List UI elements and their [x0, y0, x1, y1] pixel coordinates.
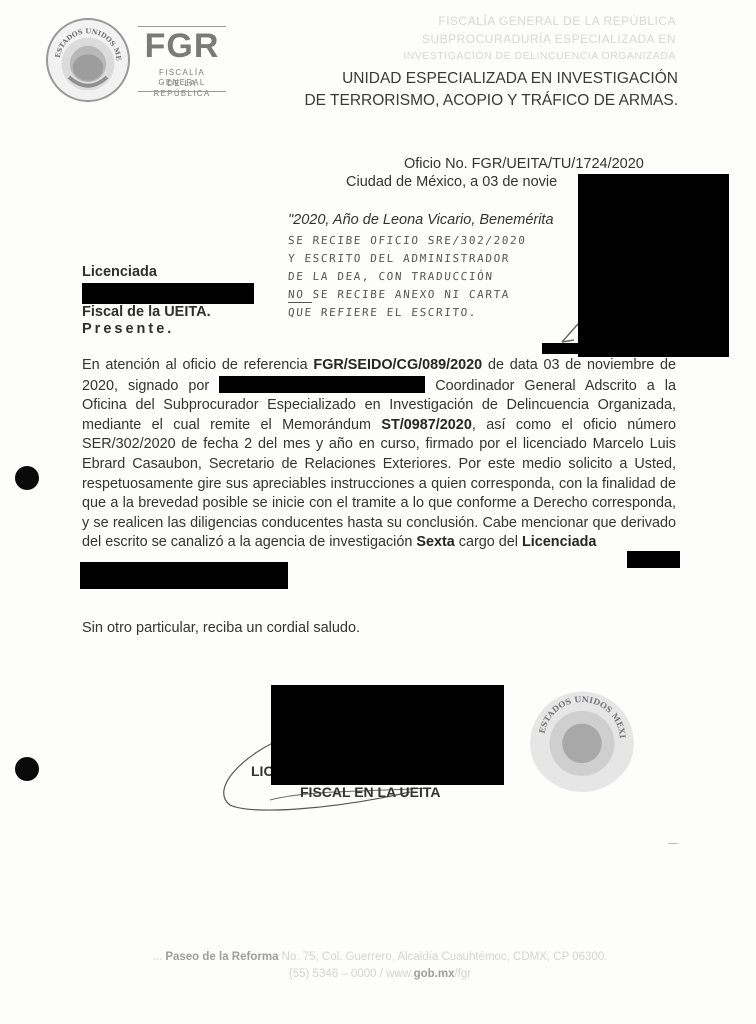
handwritten-line: Y ESCRITO DEL ADMINISTRADOR: [288, 252, 511, 265]
agency-name-line2: DE LA REPÚBLICA: [138, 79, 226, 99]
header-faded-line1: FISCALÍA GENERAL DE LA REPÚBLICA: [438, 14, 676, 28]
reference-memorandum: ST/0987/2020: [381, 417, 471, 433]
unit-name-line1: UNIDAD ESPECIALIZADA EN INVESTIGACIÓN: [342, 68, 678, 90]
addressee-greeting: Presente.: [82, 321, 174, 337]
agency-number: Sexta: [416, 534, 454, 550]
header-faded-line2: SUBPROCURADURÍA ESPECIALIZADA EN: [422, 32, 676, 46]
addressee-position: Fiscal de la UEITA.: [82, 304, 211, 320]
body-paragraph: En atención al oficio de referencia FGR/…: [82, 356, 676, 553]
coat-of-arms-seal-icon: ESTADOS UNIDOS MEXICANOS: [46, 18, 130, 102]
footer-address: ... Paseo de la Reforma No. 75, Col. Gue…: [90, 951, 670, 963]
redaction-box: [542, 343, 582, 354]
handwritten-line: SE RECIBE OFICIO SRE/302/2020: [288, 234, 527, 247]
svg-text:ESTADOS UNIDOS MEXICANOS: ESTADOS UNIDOS MEXICANOS: [528, 684, 628, 739]
handwritten-line: NO SE RECIBE ANEXO NI CARTA: [288, 288, 511, 301]
oficio-number: Oficio No. FGR/UEITA/TU/1724/2020: [404, 156, 644, 172]
header-faded-line3: INVESTIGACIÓN DE DELINCUENCIA ORGANIZADA: [403, 50, 676, 62]
reference-oficio: FGR/SEIDO/CG/089/2020: [313, 357, 482, 373]
redaction-box: [82, 283, 254, 304]
handwritten-line: QUE REFIERE EL ESCRITO.: [288, 306, 478, 319]
oficio-date: Ciudad de México, a 03 de novie: [346, 174, 557, 190]
redaction-box: [627, 551, 680, 568]
official-stamp-seal-icon: ESTADOS UNIDOS MEXICANOS: [528, 684, 636, 792]
addressee-title: Licenciada: [82, 264, 157, 280]
handwritten-line: DE LA DEA, CON TRADUCCIÓN: [288, 270, 494, 283]
redaction-box: [271, 685, 504, 785]
signer-title: FISCAL EN LA UEITA: [300, 784, 441, 800]
logo-rule: [138, 91, 226, 92]
punch-hole: [15, 757, 39, 781]
closing-line: Sin otro particular, reciba un cordial s…: [82, 620, 360, 636]
scan-mark: [668, 843, 678, 844]
unit-name-line2: DE TERRORISMO, ACOPIO Y TRÁFICO DE ARMAS…: [304, 90, 678, 112]
redaction-box: [578, 174, 729, 357]
redaction-box: [219, 376, 425, 393]
year-motto: "2020, Año de Leona Vicario, Benemérita: [288, 212, 554, 228]
footer-contact: (55) 5346 – 0000 / www.gob.mx/fgr: [90, 968, 670, 980]
punch-hole: [15, 466, 39, 490]
fgr-logo: FGR: [138, 28, 226, 64]
handwritten-underline: [288, 302, 312, 303]
redaction-box: [80, 562, 288, 589]
